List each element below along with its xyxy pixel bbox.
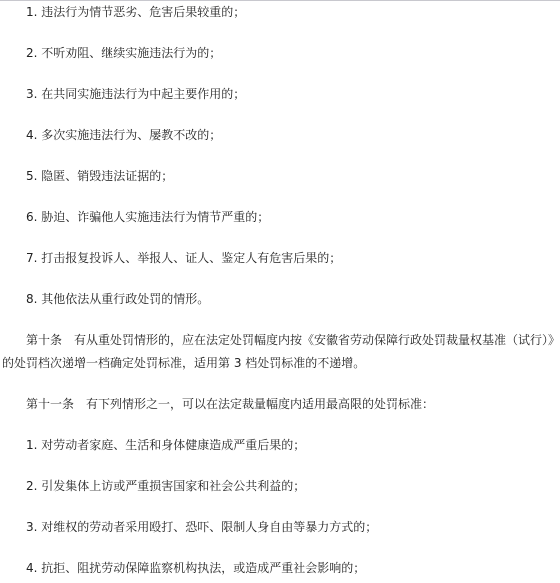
- article-10-paragraph: 第十条 有从重处罚情形的，应在法定处罚幅度内按《安徽省劳动保障行政处罚裁量权基准…: [2, 329, 558, 375]
- list-item-maximum-2: 2. 引发集体上访或严重损害国家和社会公共利益的；: [2, 475, 558, 498]
- list-item-aggravating-2: 2. 不听劝阻、继续实施违法行为的；: [2, 42, 558, 65]
- list-item-aggravating-8: 8. 其他依法从重行政处罚的情形。: [2, 288, 558, 311]
- list-item-aggravating-5: 5. 隐匿、销毁违法证据的；: [2, 165, 558, 188]
- list-item-aggravating-7: 7. 打击报复投诉人、举报人、证人、鉴定人有危害后果的；: [2, 247, 558, 270]
- list-item-aggravating-3: 3. 在共同实施违法行为中起主要作用的；: [2, 83, 558, 106]
- article-11-paragraph: 第十一条 有下列情形之一，可以在法定裁量幅度内适用最高限的处罚标准：: [2, 393, 558, 416]
- list-item-aggravating-1: 1. 违法行为情节恶劣、危害后果较重的；: [2, 1, 558, 24]
- list-item-aggravating-4: 4. 多次实施违法行为、屡教不改的；: [2, 124, 558, 147]
- list-item-maximum-1: 1. 对劳动者家庭、生活和身体健康造成严重后果的；: [2, 434, 558, 457]
- document-page: 1. 违法行为情节恶劣、危害后果较重的； 2. 不听劝阻、继续实施违法行为的； …: [0, 0, 560, 583]
- list-item-aggravating-6: 6. 胁迫、诈骗他人实施违法行为情节严重的；: [2, 206, 558, 229]
- list-item-maximum-4: 4. 抗拒、阻扰劳动保障监察机构执法，或造成严重社会影响的；: [2, 557, 558, 580]
- list-item-maximum-3: 3. 对维权的劳动者采用殴打、恐吓、限制人身自由等暴力方式的；: [2, 516, 558, 539]
- document-body: 1. 违法行为情节恶劣、危害后果较重的； 2. 不听劝阻、继续实施违法行为的； …: [0, 1, 560, 580]
